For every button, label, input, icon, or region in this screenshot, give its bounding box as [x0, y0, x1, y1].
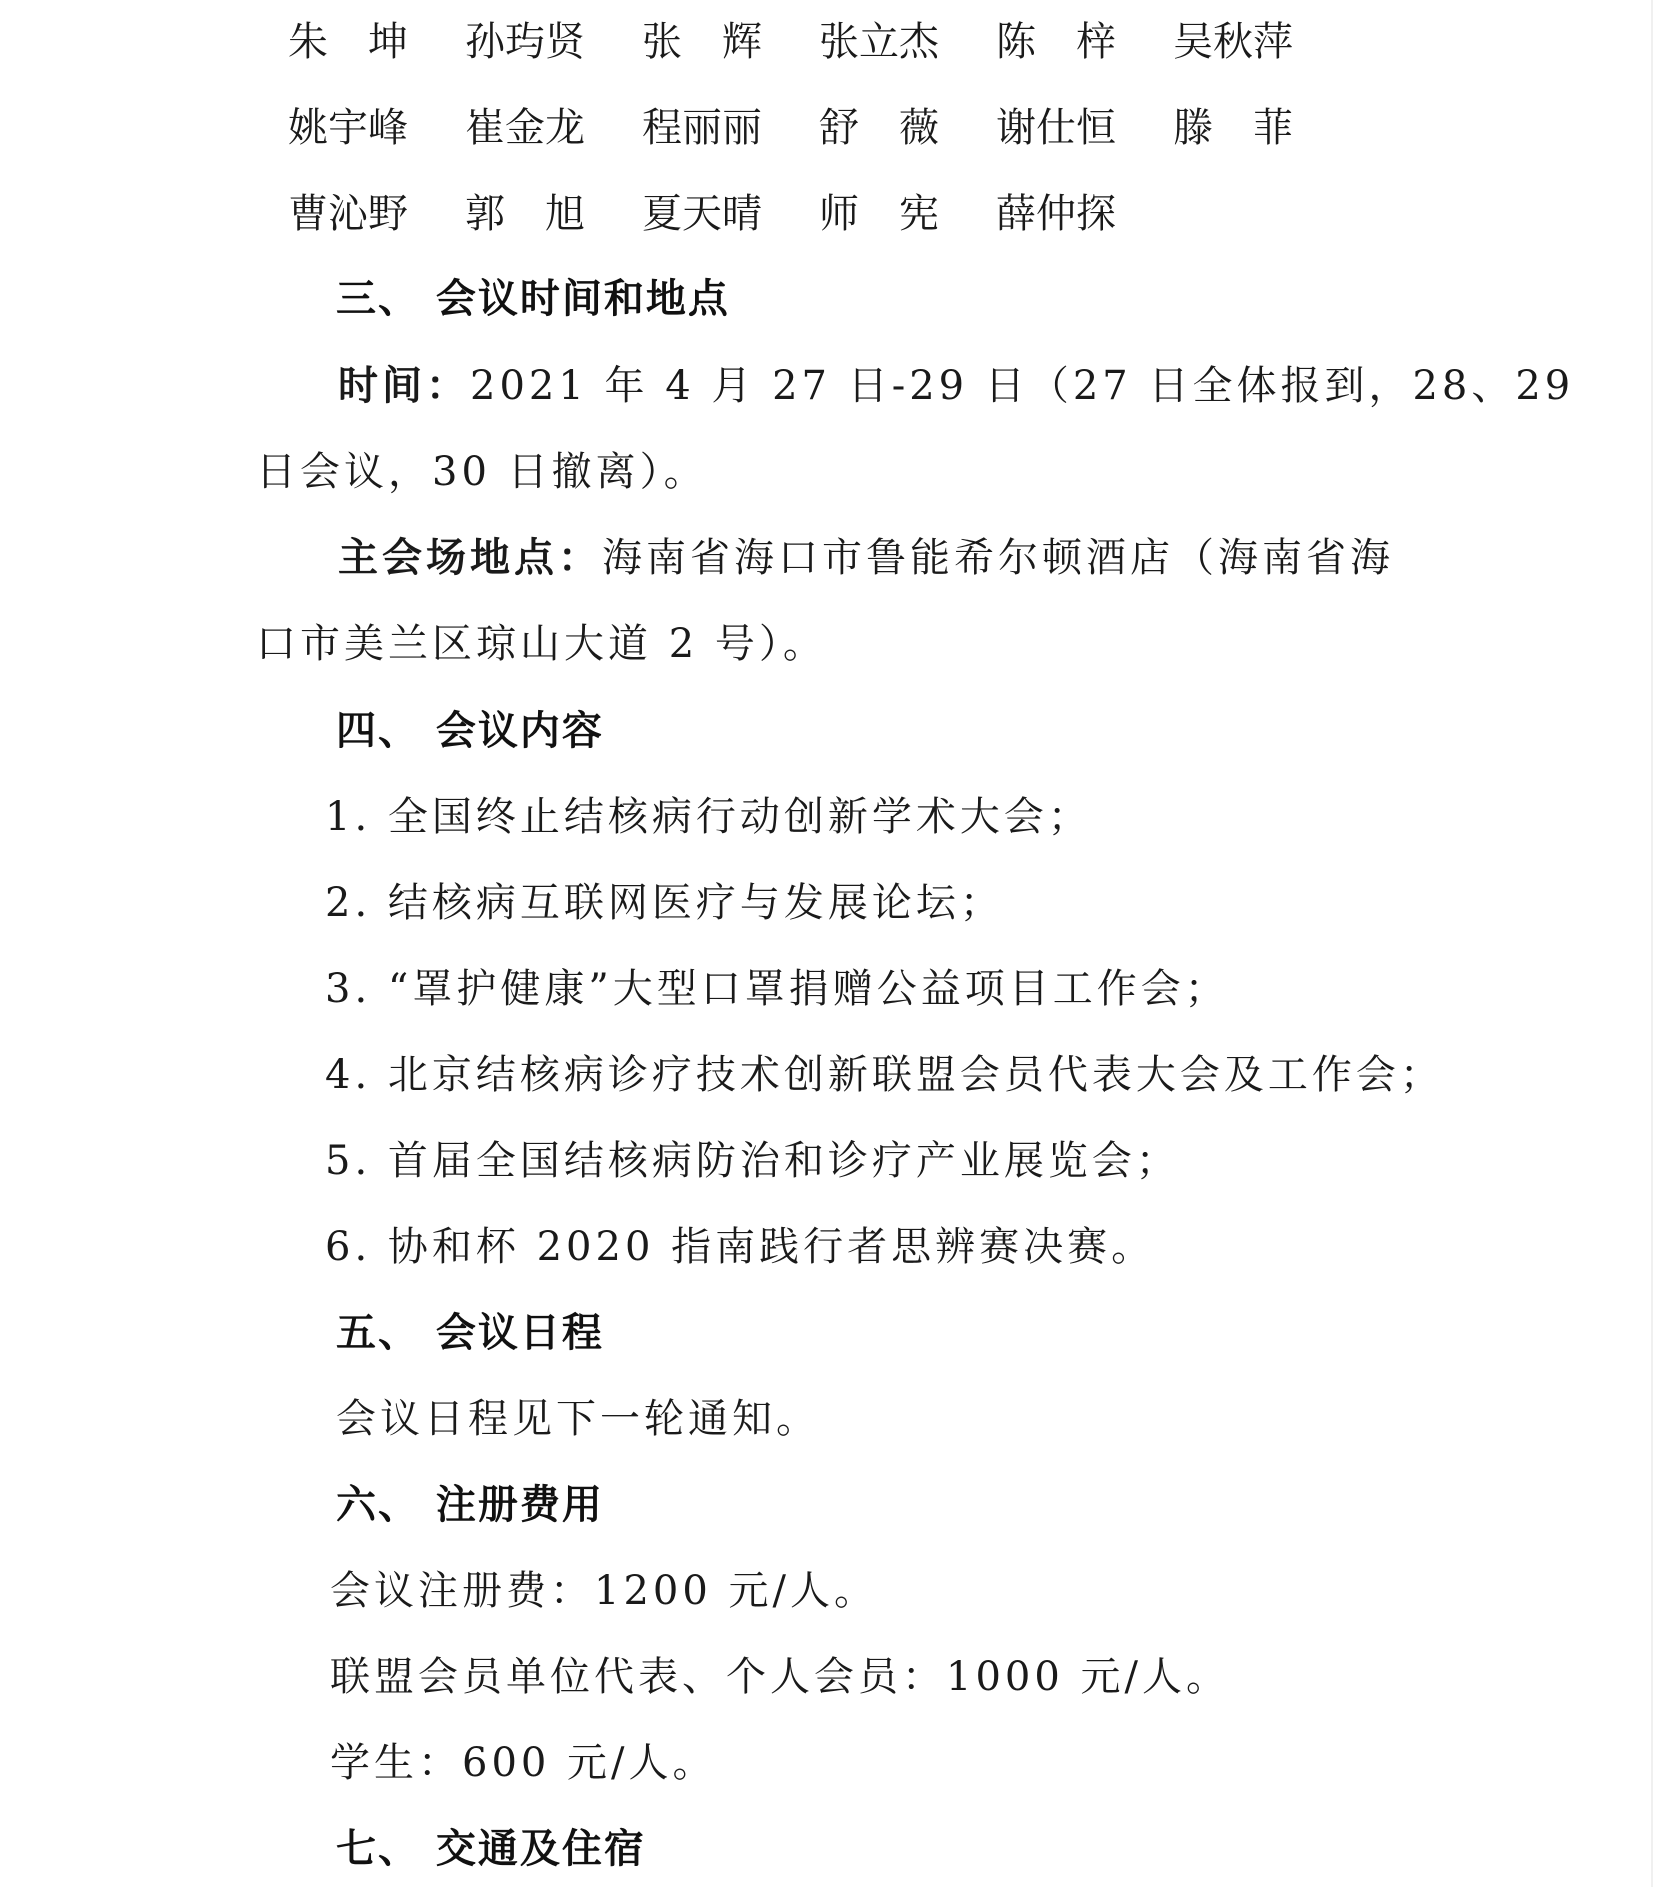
name: 舒 薇: [819, 104, 996, 152]
name: 吴秋萍: [1173, 18, 1350, 66]
name: 师 宪: [819, 190, 996, 238]
venue-paragraph-line-2: 口市美兰区琼山大道 2 号）。: [256, 620, 827, 668]
venue-paragraph-line-1: 主会场地点：海南省海口市鲁能希尔顿酒店（海南省海: [338, 534, 1394, 582]
name: 崔金龙: [465, 104, 642, 152]
section-heading-fees: 六、 注册费用: [336, 1481, 604, 1529]
name: 谢仕恒: [996, 104, 1173, 152]
names-row-2: 姚宇峰 崔金龙 程丽丽 舒 薇 谢仕恒 滕 菲: [288, 104, 1350, 152]
schedule-text: 会议日程见下一轮通知。: [336, 1395, 820, 1443]
names-row-1: 朱 坤 孙玙贤 张 辉 张立杰 陈 梓 吴秋萍: [288, 18, 1350, 66]
name: 朱 坤: [288, 18, 465, 66]
content-item-2: 2. 结核病互联网医疗与发展论坛；: [325, 879, 1004, 927]
name: 曹沁野: [288, 190, 465, 238]
section-heading-time-venue: 三、 会议时间和地点: [336, 275, 730, 323]
venue-value: 海南省海口市鲁能希尔顿酒店（海南省海: [602, 535, 1394, 581]
section-heading-schedule: 五、 会议日程: [336, 1309, 604, 1357]
venue-label: 主会场地点：: [338, 535, 602, 581]
fee-line-general: 会议注册费：1200 元/人。: [330, 1567, 878, 1615]
content-item-3: 3. “罩护健康”大型口罩捐赠公益项目工作会；: [325, 965, 1229, 1013]
time-label: 时间：: [338, 363, 470, 409]
document-page: 朱 坤 孙玙贤 张 辉 张立杰 陈 梓 吴秋萍 姚宇峰 崔金龙 程丽丽 舒 薇 …: [0, 0, 1653, 1887]
content-item-1: 1. 全国终止结核病行动创新学术大会；: [325, 793, 1092, 841]
section-heading-transport: 七、 交通及住宿: [336, 1825, 646, 1873]
name: 陈 梓: [996, 18, 1173, 66]
names-row-3: 曹沁野 郭 旭 夏天晴 师 宪 薛仲探: [288, 190, 1173, 238]
name: 孙玙贤: [465, 18, 642, 66]
name: 郭 旭: [465, 190, 642, 238]
name: 滕 菲: [1173, 104, 1350, 152]
name: 程丽丽: [642, 104, 819, 152]
time-value: 2021 年 4 月 27 日-29 日（27 日全体报到，28、29: [470, 363, 1574, 409]
fee-line-member: 联盟会员单位代表、个人会员：1000 元/人。: [330, 1653, 1230, 1701]
content-item-6: 6. 协和杯 2020 指南践行者思辨赛决赛。: [325, 1223, 1155, 1271]
section-heading-content: 四、 会议内容: [336, 707, 604, 755]
content-item-5: 5. 首届全国结核病防治和诊疗产业展览会；: [325, 1137, 1180, 1185]
name: 夏天晴: [642, 190, 819, 238]
time-paragraph-line-2: 日会议，30 日撤离）。: [256, 448, 708, 496]
name: 张立杰: [819, 18, 996, 66]
time-paragraph-line-1: 时间：2021 年 4 月 27 日-29 日（27 日全体报到，28、29: [338, 362, 1574, 410]
content-item-4: 4. 北京结核病诊疗技术创新联盟会员代表大会及工作会；: [325, 1051, 1444, 1099]
name: 姚宇峰: [288, 104, 465, 152]
name: 薛仲探: [996, 190, 1173, 238]
fee-line-student: 学生：600 元/人。: [330, 1739, 717, 1787]
name: 张 辉: [642, 18, 819, 66]
